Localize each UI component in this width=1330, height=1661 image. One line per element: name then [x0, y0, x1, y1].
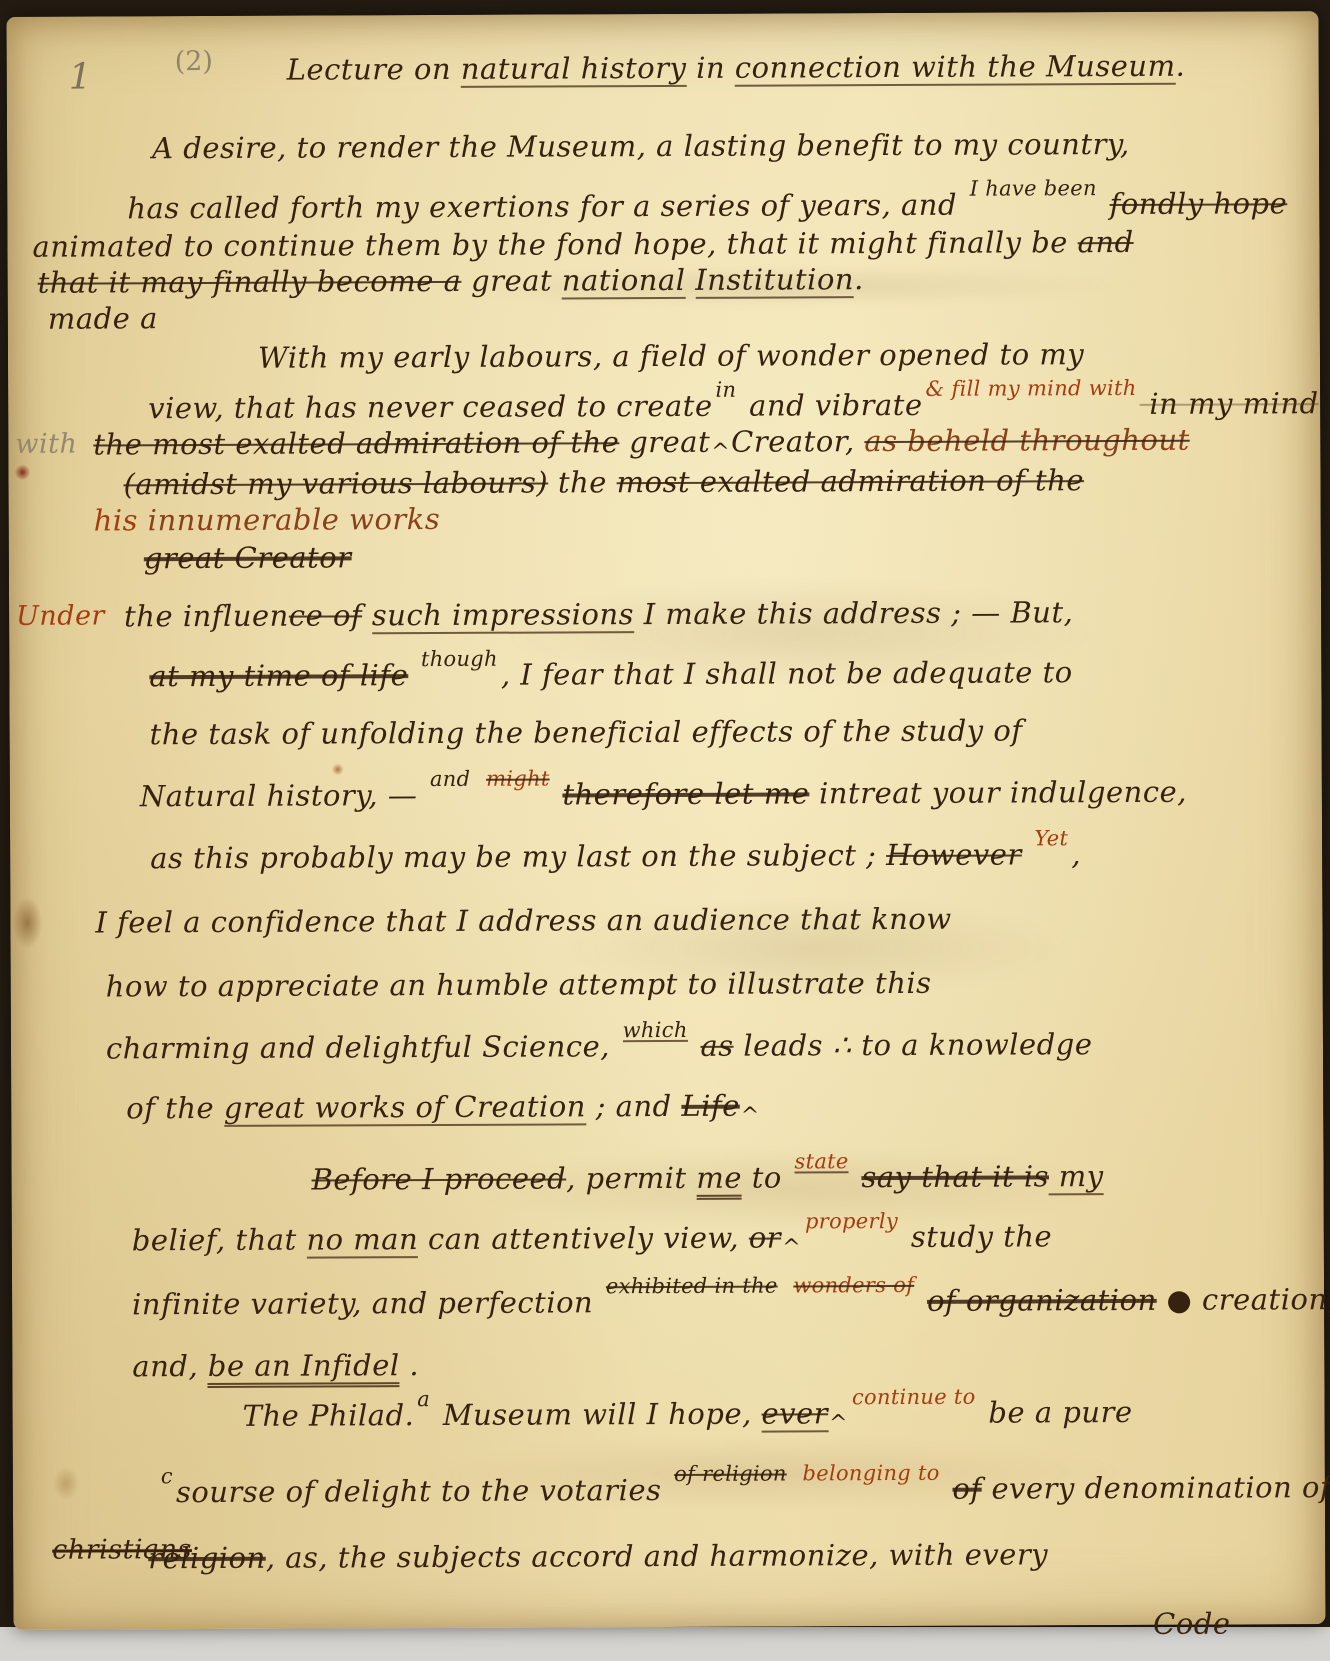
text-segment: ; and: [586, 1089, 682, 1123]
manuscript-line: Lecture on natural history in connection…: [287, 47, 1279, 87]
text-segment: as: [700, 1029, 733, 1063]
manuscript-line: of the great works of Creation ; and Lif…: [126, 1085, 1283, 1130]
text-segment: [852, 1160, 862, 1194]
manuscript-line: Before I proceed, permit me to state say…: [311, 1157, 1283, 1197]
manuscript-line: I feel a confidence that I address an au…: [95, 899, 1282, 940]
text-segment: [917, 1284, 927, 1318]
text-segment: wonders of: [793, 1275, 914, 1296]
text-segment: c: [161, 1466, 173, 1486]
text-segment: his: [94, 503, 148, 537]
text-segment: the influen: [124, 599, 289, 634]
text-segment: connection with the Museum: [735, 49, 1176, 87]
manuscript-line: infinite variety, and perfection exhibit…: [132, 1281, 1284, 1322]
text-segment: be an Infidel: [208, 1348, 400, 1388]
text-segment: charming and delightful Science,: [106, 1029, 620, 1065]
text-segment: Creator,: [731, 424, 864, 459]
manuscript-line: withthe most exalted admiration of the g…: [93, 421, 1280, 466]
manuscript-line: christiansreligion, as, the subjects acc…: [148, 1535, 1285, 1576]
text-segment: [790, 1472, 800, 1506]
manuscript-line: and, be an Infidel .: [132, 1343, 1284, 1384]
text-segment: However: [886, 837, 1022, 872]
text-segment: the most exalted admiration of the: [93, 425, 619, 461]
text-segment: ● creation,: [1157, 1282, 1330, 1317]
text-segment: view, that has never ceased to create: [148, 389, 713, 425]
caret-mark: ^: [741, 1099, 760, 1135]
text-segment: great: [461, 263, 562, 297]
text-segment: as beheld throughout: [864, 423, 1190, 458]
text-segment: study the: [901, 1219, 1052, 1254]
manuscript-line: With my early labours, a field of wonder…: [258, 335, 1280, 375]
text-segment: of: [952, 1472, 981, 1506]
text-segment: Natural history, —: [140, 778, 427, 813]
paper-stain: [53, 1467, 79, 1501]
manuscript-line: as this probably may be my last on the s…: [150, 835, 1282, 876]
manuscript-line: at my time of life though, I fear that I…: [149, 653, 1281, 694]
manuscript-line: animated to continue them by the fond ho…: [32, 223, 1279, 264]
text-segment: [362, 598, 372, 632]
text-segment: and: [739, 388, 815, 422]
manuscript-lines: Lecture on natural history in connection…: [137, 47, 1286, 1646]
manuscript-line: the task of unfolding the beneficial eff…: [150, 711, 1282, 752]
manuscript-line: that it may finally become a great natio…: [38, 259, 1280, 300]
text-segment: [473, 778, 483, 812]
manuscript-page: 1 (2) Lecture on natural history in conn…: [6, 11, 1325, 1630]
text-segment: [1022, 837, 1032, 871]
text-segment: great: [619, 425, 710, 459]
text-segment: as this probably may be my last on the s…: [150, 838, 886, 875]
text-segment: A desire, to render the Museum, a lastin…: [152, 127, 1130, 165]
text-segment: Museum will I hope,: [433, 1397, 762, 1432]
text-segment: or: [749, 1221, 781, 1255]
text-segment: .: [1175, 49, 1185, 83]
text-segment: of the: [126, 1091, 224, 1125]
text-segment: ever: [761, 1396, 828, 1432]
manuscript-line: great Creator: [144, 535, 1281, 576]
text-segment: animated to continue them by the fond ho…: [32, 225, 1077, 264]
text-segment: every denomination of: [982, 1470, 1330, 1506]
manuscript-line: Underthe influence of such impressions I…: [124, 593, 1281, 634]
text-segment: vibrate: [815, 388, 923, 422]
text-segment: me: [696, 1161, 742, 1200]
paper-stain: [12, 897, 42, 949]
text-segment: belonging to: [802, 1463, 939, 1484]
text-segment: Code: [1153, 1607, 1231, 1641]
margin-note: with: [15, 427, 77, 463]
text-segment: , permit: [566, 1161, 696, 1196]
text-segment: natural history: [461, 51, 687, 88]
text-segment: innumerable works: [148, 502, 441, 537]
manuscript-line: has called forth my exertions for a seri…: [127, 185, 1279, 226]
text-segment: .: [400, 1348, 420, 1382]
text-segment: the task of unfolding the beneficial eff…: [150, 713, 1023, 751]
folio-number: 1: [69, 56, 92, 97]
manuscript-line: The Philad.a Museum will I hope, ever^co…: [243, 1393, 1285, 1438]
text-segment: Institution: [695, 262, 854, 299]
text-segment: sourse of delight to the votaries: [176, 1473, 671, 1509]
text-segment: continue to: [852, 1387, 976, 1408]
manuscript-line: charming and delightful Science, which a…: [106, 1025, 1283, 1066]
text-segment: such impressions: [372, 597, 634, 634]
text-segment: can attentively view,: [418, 1221, 749, 1256]
text-segment: [408, 658, 418, 692]
text-segment: exhibited in the: [606, 1276, 778, 1297]
caret-mark: ^: [829, 1406, 848, 1442]
text-segment: made a: [48, 301, 158, 335]
text-segment: state: [794, 1151, 848, 1173]
text-segment: belief, that: [132, 1223, 307, 1258]
text-segment: , I fear that I shall not be adequate to: [501, 655, 1073, 691]
text-segment: how to appreciate an humble attempt to i…: [106, 966, 932, 1004]
text-segment: of organization: [927, 1283, 1157, 1318]
text-segment: to: [742, 1160, 792, 1194]
text-segment: great Creator: [144, 540, 352, 575]
manuscript-line: (amidst my various labours) the most exa…: [123, 461, 1280, 502]
text-segment: has called forth my exertions for a seri…: [127, 188, 967, 226]
text-segment: Lecture on: [287, 52, 461, 87]
manuscript-line: Code: [143, 1606, 1230, 1647]
text-segment: at my time of life: [149, 658, 408, 693]
manuscript-line: view, that has never ceased to createin …: [148, 385, 1280, 426]
text-segment: therefore let me: [562, 776, 809, 811]
text-segment: Before I proceed: [311, 1161, 566, 1196]
text-segment: fondly hope: [1109, 186, 1287, 221]
paper-stain: [14, 465, 30, 480]
text-segment: ce of: [289, 598, 362, 632]
manuscript-line: csourse of delight to the votaries of re…: [158, 1469, 1285, 1510]
margin-note: Under: [16, 598, 105, 634]
text-segment: (amidst my various labours): [123, 466, 548, 502]
text-segment: intreat your indulgence,: [809, 775, 1187, 811]
text-segment: The Philad.: [243, 1398, 415, 1433]
manuscript-line: how to appreciate an humble attempt to i…: [106, 963, 1283, 1004]
caret-mark: ^: [782, 1230, 801, 1266]
text-segment: infinite variety, and perfection: [132, 1285, 603, 1321]
text-segment: a: [417, 1389, 430, 1409]
text-segment: [943, 1472, 953, 1506]
text-segment: [781, 1284, 791, 1318]
text-segment: in: [715, 380, 736, 400]
text-segment: be a pure: [979, 1395, 1133, 1430]
text-segment: [1100, 187, 1110, 221]
text-segment: though: [421, 649, 498, 669]
margin-note: christians: [52, 1532, 192, 1569]
manuscript-line: his innumerable works: [94, 497, 1281, 538]
text-segment: the: [548, 465, 617, 499]
manuscript-line: made a: [48, 295, 1280, 336]
text-segment: .: [854, 262, 864, 296]
text-segment: I have been: [970, 178, 1097, 199]
text-segment: and: [1078, 225, 1134, 259]
text-segment: that it may finally become a: [38, 264, 462, 300]
text-segment: which: [623, 1020, 688, 1042]
text-segment: no man: [306, 1222, 418, 1258]
text-segment: and: [430, 769, 470, 789]
text-segment: of religion: [674, 1463, 787, 1483]
text-segment: my: [1049, 1159, 1104, 1195]
text-segment: & fill my mind with: [925, 378, 1136, 399]
text-segment: great works of Creation: [224, 1089, 586, 1127]
text-segment: might: [486, 769, 550, 789]
text-segment: most exalted admiration of the: [617, 463, 1085, 499]
manuscript-line: belief, that no man can attentively view…: [132, 1217, 1284, 1262]
text-segment: [685, 263, 695, 297]
text-segment: properly: [805, 1211, 898, 1231]
text-segment: leads ∴ to a knowledge: [734, 1027, 1093, 1063]
text-segment: Life: [681, 1089, 740, 1123]
text-segment: national: [562, 263, 686, 300]
text-segment: and,: [132, 1349, 208, 1383]
text-segment: I feel a confidence that I address an au…: [95, 902, 951, 940]
text-segment: , as, the subjects accord and harmonize,…: [266, 1537, 1049, 1574]
text-segment: in: [686, 51, 735, 85]
text-segment: in my mind: [1140, 386, 1319, 421]
text-segment: ,: [1071, 837, 1081, 871]
text-segment: say that it is: [861, 1159, 1049, 1194]
text-segment: With my early labours, a field of wonder…: [258, 337, 1084, 375]
manuscript-line: Natural history, — and might therefore l…: [140, 773, 1282, 814]
manuscript-line: A desire, to render the Museum, a lastin…: [152, 125, 1279, 166]
text-segment: I make this address ; — But,: [634, 595, 1073, 631]
text-segment: Yet: [1034, 828, 1068, 848]
text-segment: [553, 777, 563, 811]
